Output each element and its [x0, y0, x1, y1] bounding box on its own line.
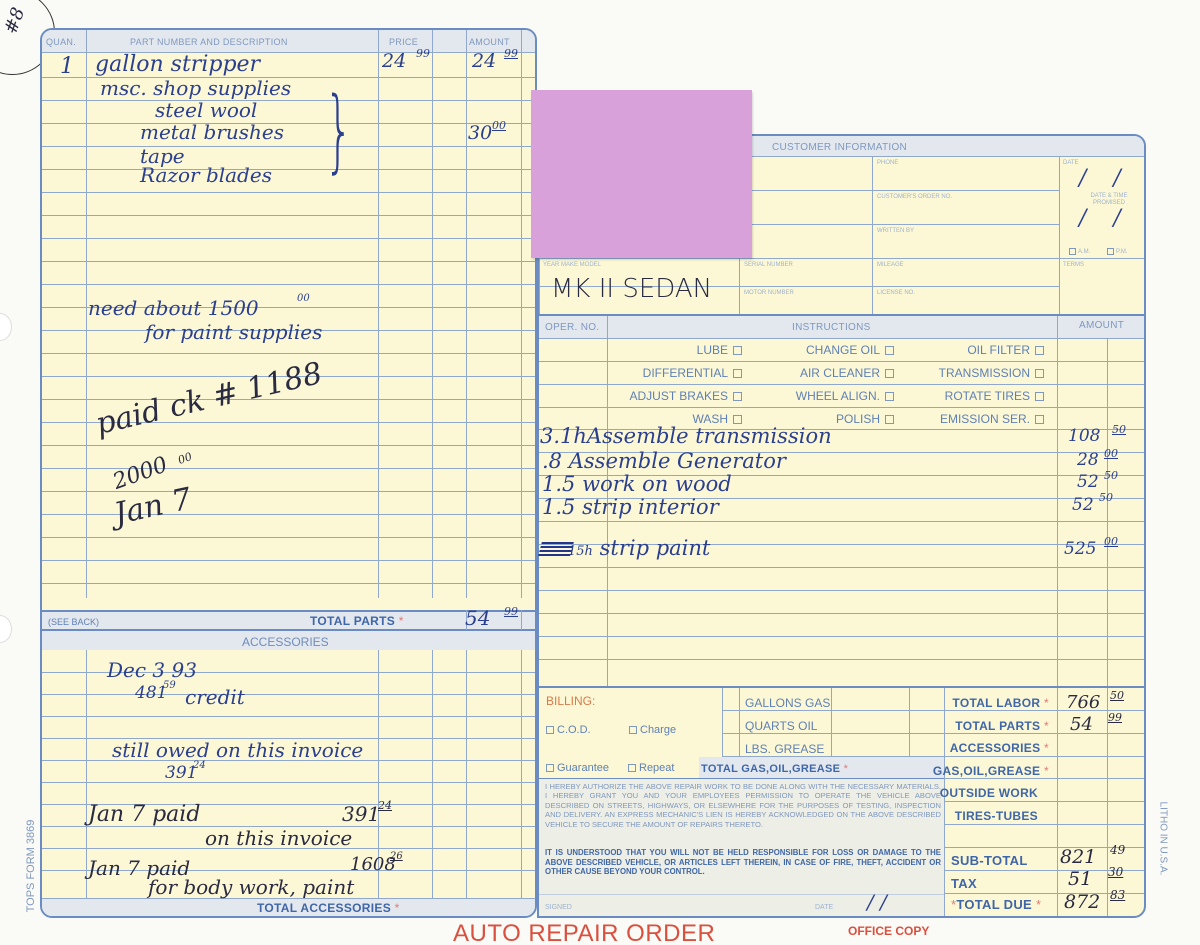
- total-labor-value: 766: [1066, 694, 1100, 712]
- accessories-note-cents: 59: [163, 681, 176, 691]
- customer-info-header: CUSTOMER INFORMATION: [772, 142, 907, 153]
- checkbox-differential[interactable]: DIFFERENTIAL: [643, 366, 742, 380]
- part-amount-cents: 99: [504, 48, 518, 59]
- tires-tubes-label: TIRES-TUBES: [955, 809, 1038, 823]
- checkbox-emission-ser[interactable]: EMISSION SER.: [940, 412, 1044, 426]
- labor-line: 1.5 work on wood: [542, 474, 732, 495]
- form-number: TOPS FORM 3869: [25, 811, 37, 921]
- total-parts-cents-right: 99: [1108, 712, 1122, 723]
- disclaimer-text: IT IS UNDERSTOOD THAT YOU WILL NOT BE HE…: [545, 848, 941, 877]
- price-header: PRICE: [389, 37, 418, 47]
- checkbox-lube[interactable]: LUBE: [697, 343, 742, 357]
- date-promised-label: DATE & TIME PROMISED: [1079, 193, 1139, 206]
- accessories-note: Jan 7 paid: [88, 804, 200, 826]
- signed-date-value: / /: [867, 892, 887, 912]
- checkbox-air-cleaner[interactable]: AIR CLEANER: [800, 366, 894, 380]
- parts-note-cents: 00: [297, 294, 310, 304]
- labor-cents: 00: [1104, 448, 1118, 459]
- office-copy-label: OFFICE COPY: [848, 924, 929, 938]
- labor-amount: 52: [1077, 474, 1099, 491]
- serial-number-label: SERIAL NUMBER: [744, 262, 793, 268]
- lbs-grease-label: LBS. GREASE: [745, 742, 824, 756]
- accessories-note-cents: 24: [193, 761, 206, 771]
- accessories-note-cents: 24: [378, 800, 392, 811]
- total-due-label: *TOTAL DUE *: [951, 897, 1041, 912]
- tax-cents: 30: [1108, 866, 1123, 878]
- total-parts-right-label: TOTAL PARTS *: [955, 719, 1049, 733]
- billing-repeat-checkbox[interactable]: Repeat: [628, 762, 674, 774]
- mileage-label: MILEAGE: [877, 262, 904, 268]
- terms-label: TERMS: [1063, 262, 1084, 268]
- motor-number-label: MOTOR NUMBER: [744, 290, 794, 296]
- accessories-note: 391: [342, 804, 380, 824]
- authorization-text: I HEREBY AUTHORIZE THE ABOVE REPAIR WORK…: [545, 782, 941, 829]
- billing-charge-checkbox[interactable]: Charge: [629, 724, 676, 736]
- accessories-note: Dec 3 93: [107, 660, 197, 680]
- total-parts-value: 54: [465, 608, 490, 628]
- parts-note: need about 1500: [88, 298, 259, 318]
- total-labor-label: TOTAL LABOR *: [952, 696, 1049, 710]
- signed-label: SIGNED: [545, 904, 572, 911]
- part-description: metal brushes: [140, 122, 284, 142]
- license-no-label: LICENSE NO.: [877, 290, 915, 296]
- sub-total-cents: 49: [1110, 844, 1125, 856]
- labor-line: 3.1hAssemble transmission: [540, 426, 832, 447]
- part-amount: 24: [472, 52, 496, 71]
- outside-work-label: OUTSIDE WORK: [940, 786, 1038, 800]
- tax-label: TAX: [951, 876, 977, 891]
- labor-cents: 50: [1104, 470, 1118, 481]
- part-price: 24: [382, 52, 406, 71]
- labor-amount: 525: [1064, 541, 1096, 558]
- part-description: steel wool: [155, 100, 257, 120]
- form-title: AUTO REPAIR ORDER: [453, 920, 715, 945]
- phone-label: PHONE: [877, 160, 898, 166]
- part-price-cents: 99: [416, 48, 430, 59]
- accessories-note-cents: 26: [390, 852, 403, 862]
- labor-line: 1.5 strip interior: [542, 497, 719, 518]
- labor-line: .8 Assemble Generator: [542, 451, 786, 472]
- accessories-note: on this invoice: [205, 828, 352, 848]
- part-amount: 30: [468, 124, 492, 143]
- checkbox-wheel-align[interactable]: WHEEL ALIGN.: [796, 389, 894, 403]
- accessories-total-label: ACCESSORIES *: [950, 741, 1049, 755]
- part-description: gallon stripper: [95, 54, 260, 76]
- checkbox-change-oil[interactable]: CHANGE OIL: [806, 343, 894, 357]
- binder-hole: [0, 313, 12, 341]
- checkbox-oil-filter[interactable]: OIL FILTER: [967, 343, 1044, 357]
- vehicle-value: MK II SEDAN: [551, 276, 712, 302]
- billing-guarantee-checkbox[interactable]: Guarantee: [546, 762, 609, 774]
- am-checkbox[interactable]: A.M.: [1069, 248, 1090, 255]
- instructions-header: INSTRUCTIONS: [792, 322, 871, 333]
- part-amount-cents: 00: [492, 120, 506, 131]
- total-due-value: 872: [1064, 893, 1100, 912]
- total-labor-cents: 50: [1110, 690, 1124, 701]
- gallons-gas-label: GALLONS GAS: [745, 696, 830, 710]
- accessories-header: ACCESSORIES: [242, 635, 329, 649]
- customers-order-label: CUSTOMER'S ORDER NO.: [877, 194, 952, 200]
- accessories-note: credit: [185, 687, 245, 707]
- labor-cents: 50: [1112, 424, 1126, 435]
- checkbox-polish[interactable]: POLISH: [836, 412, 894, 426]
- total-parts-label: TOTAL PARTS *: [310, 614, 404, 628]
- pm-checkbox[interactable]: P.M.: [1107, 248, 1128, 255]
- total-due-cents: 83: [1110, 889, 1125, 901]
- binder-hole: [0, 615, 12, 643]
- part-description: msc. shop supplies: [100, 78, 291, 98]
- written-by-label: WRITTEN BY: [877, 228, 914, 234]
- sub-total-value: 821: [1060, 848, 1096, 867]
- brace: }: [324, 86, 353, 176]
- see-back-label: (SEE BACK): [48, 617, 99, 627]
- date-value: / /: [1079, 168, 1131, 190]
- accessories-note: for body work, paint: [148, 877, 354, 897]
- year-make-model-label: YEAR MAKE MODEL: [543, 262, 601, 268]
- part-description: Razor blades: [140, 165, 272, 185]
- total-parts-cents: 99: [504, 606, 518, 617]
- parts-note: for paint supplies: [145, 322, 322, 342]
- labor-amount: 52: [1072, 497, 1094, 514]
- promised-value: / /: [1079, 208, 1131, 230]
- labor-amount: 28: [1077, 452, 1099, 469]
- total-parts-value-right: 54: [1070, 716, 1093, 734]
- oper-no-header: OPER. NO.: [545, 322, 599, 333]
- quarts-oil-label: QUARTS OIL: [745, 719, 817, 733]
- tax-value: 51: [1068, 870, 1092, 889]
- checkbox-adjust-brakes[interactable]: ADJUST BRAKES: [630, 389, 742, 403]
- checkbox-transmission[interactable]: TRANSMISSION: [939, 366, 1044, 380]
- labor-amount: 108: [1068, 428, 1100, 445]
- description-header: PART NUMBER AND DESCRIPTION: [130, 37, 288, 47]
- sticky-note: [531, 90, 752, 258]
- accessories-note: still owed on this invoice: [112, 740, 363, 760]
- labor-line: 15h strip paint: [568, 538, 710, 559]
- checkbox-rotate-tires[interactable]: ROTATE TIRES: [945, 389, 1044, 403]
- date-label: DATE: [1063, 160, 1079, 166]
- printer-note: LITHO IN U.S.A.: [1158, 794, 1169, 884]
- labor-cents: 50: [1099, 492, 1113, 503]
- sub-total-label: SUB-TOTAL: [951, 853, 1028, 868]
- part-quan: 1: [60, 56, 74, 78]
- quan-header: QUAN.: [46, 37, 76, 47]
- labor-cents: 00: [1104, 536, 1118, 547]
- gas-oil-grease-total-label: GAS,OIL,GREASE *: [933, 764, 1049, 778]
- amount-header-right: AMOUNT: [1079, 320, 1124, 331]
- accessories-note: 1608: [350, 856, 396, 874]
- amount-header: AMOUNT: [469, 37, 510, 47]
- total-gas-oil-grease-label: TOTAL GAS,OIL,GREASE *: [701, 763, 848, 775]
- signed-date-label: DATE: [815, 904, 833, 911]
- total-accessories-label: TOTAL ACCESSORIES *: [257, 901, 400, 915]
- billing-label: BILLING:: [546, 694, 595, 708]
- billing-cod-checkbox[interactable]: C.O.D.: [546, 724, 591, 736]
